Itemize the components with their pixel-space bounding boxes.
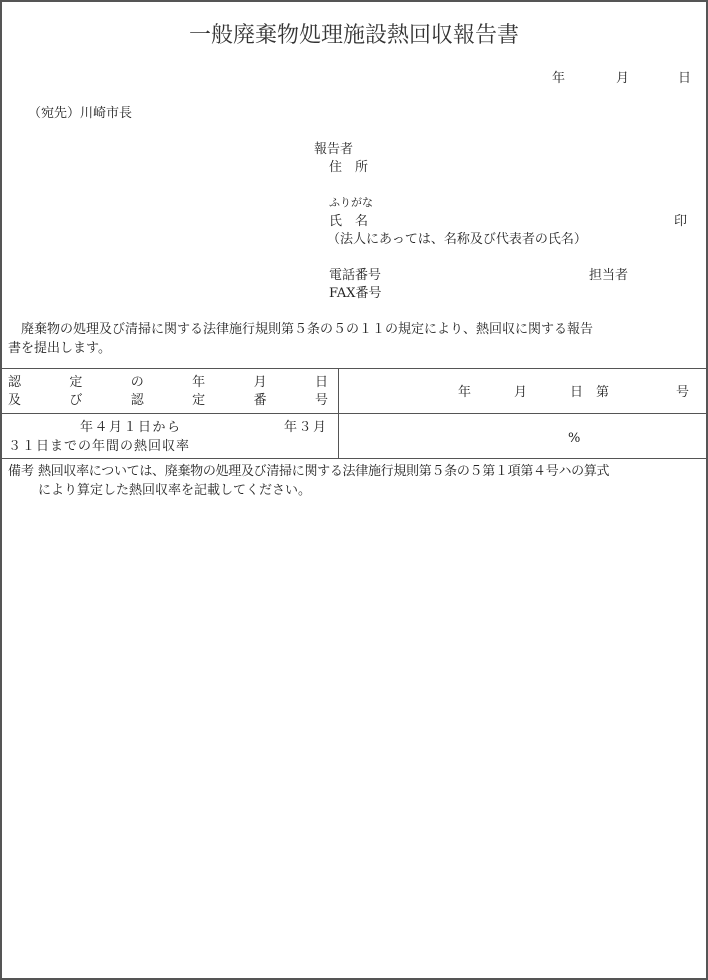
label-char: 及 — [8, 392, 21, 410]
cert-year-field[interactable]: 年 — [458, 384, 471, 402]
reporter-heading: 報告者 — [314, 141, 353, 159]
corporate-note: （法人にあっては、名称及び代表者の氏名） — [327, 231, 587, 249]
addressee: （宛先）川崎市長 — [28, 105, 132, 123]
phone-label: 電話番号 — [329, 267, 381, 285]
cert-number-prefix: 第 — [596, 384, 609, 402]
name-label: 氏 名 — [329, 213, 368, 231]
label-char: 番 — [254, 392, 267, 410]
heat-recovery-rate-field[interactable]: % — [568, 430, 580, 448]
seal-mark: 印 — [674, 213, 687, 231]
label-char: 定 — [69, 374, 82, 392]
label-char: 年 — [192, 374, 205, 392]
table-row-divider — [2, 413, 706, 414]
furigana-label: ふりがな — [329, 195, 373, 211]
table-column-divider — [338, 368, 339, 458]
report-form-page: 一般廃棄物処理施設熱回収報告書 年 月 日 （宛先）川崎市長 報告者 住 所 ふ… — [0, 0, 708, 980]
table-top-border — [2, 368, 706, 369]
table-bottom-border — [2, 458, 706, 459]
period-start-label: 年４月１日から — [80, 419, 182, 437]
label-char: 号 — [315, 392, 328, 410]
address-label: 住 所 — [329, 159, 368, 177]
fax-label: FAX番号 — [329, 285, 382, 303]
contact-person-label: 担当者 — [589, 267, 628, 285]
cert-number-field[interactable]: 号 — [676, 384, 689, 402]
remarks-line-2: により算定した熱回収率を記載してください。 — [38, 482, 311, 500]
statement-line-1: 廃棄物の処理及び清掃に関する法律施行規則第５条の５の１１の規定により、熱回収に関… — [8, 321, 593, 339]
certification-date-label-line-1: 認 定 の 年 月 日 — [8, 374, 328, 392]
label-char: の — [131, 374, 144, 392]
annual-heat-recovery-rate-label: ３１日までの年間の熱回収率 — [8, 438, 190, 456]
date-year-label: 年 — [552, 70, 565, 88]
label-char: 定 — [192, 392, 205, 410]
date-month-label: 月 — [616, 70, 629, 88]
label-char: 日 — [315, 374, 328, 392]
date-day-label: 日 — [678, 70, 691, 88]
label-char: 認 — [8, 374, 21, 392]
cert-day-field[interactable]: 日 — [570, 384, 583, 402]
document-title: 一般廃棄物処理施設熱回収報告書 — [2, 18, 706, 49]
certification-number-label-line-2: 及 び 認 定 番 号 — [8, 392, 328, 410]
label-char: 認 — [131, 392, 144, 410]
label-char: 月 — [254, 374, 267, 392]
label-char: び — [69, 392, 82, 410]
remarks-label: 備考 — [8, 463, 34, 481]
statement-line-2: 書を提出します。 — [8, 340, 111, 358]
cert-month-field[interactable]: 月 — [514, 384, 527, 402]
period-end-label: 年３月 — [284, 419, 328, 437]
remarks-line-1: 熱回収率については、廃棄物の処理及び清掃に関する法律施行規則第５条の５第１項第４… — [38, 463, 609, 481]
